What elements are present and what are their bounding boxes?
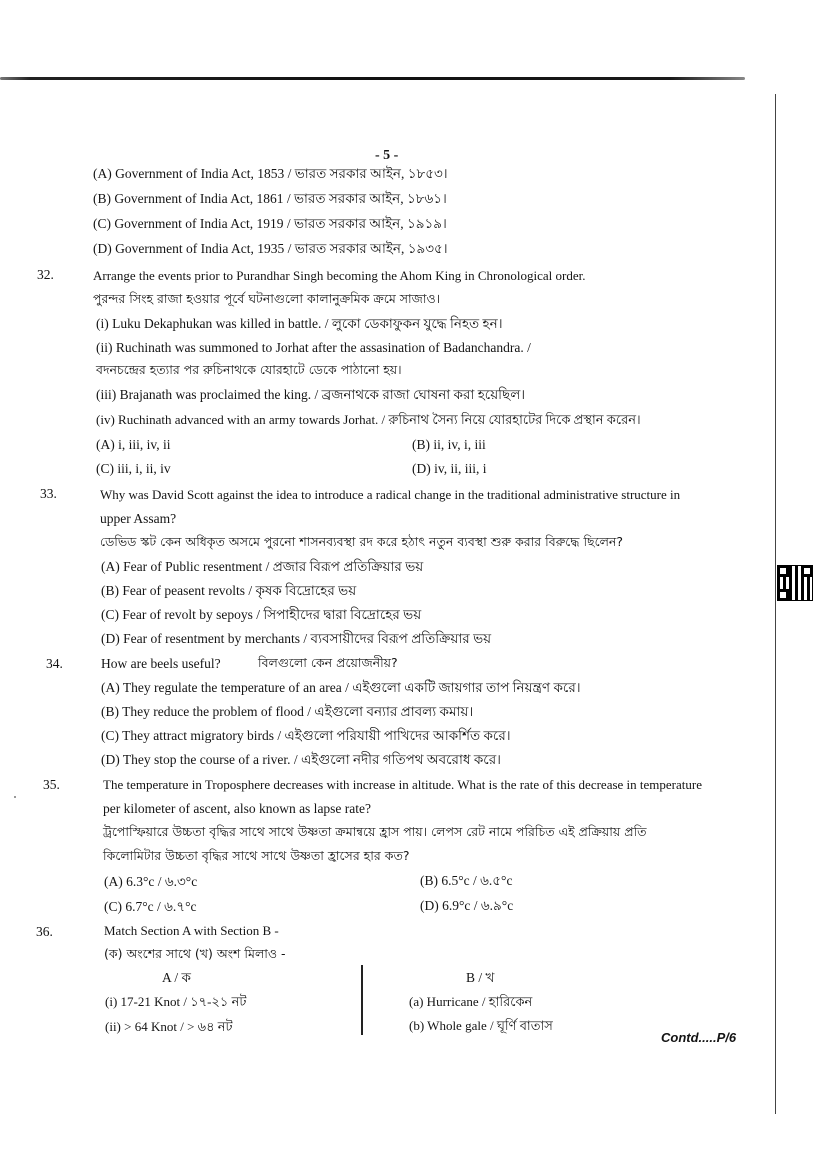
q31-option-d: (D) Government of India Act, 1935 / ভারত… [93,241,448,257]
q33-option-c: (C) Fear of revolt by sepoys / সিপাহীদের… [101,607,421,623]
q34-option-c: (C) They attract migratory birds / এইগুল… [101,728,511,744]
q35-option-d: (D) 6.9°c / ৬.৯°c [420,898,513,914]
q36-question-bn: (ক) অংশের সাথে (খ) অংশ মিলাও - [104,946,286,962]
q35-question-en-line2: per kilometer of ascent, also known as l… [103,801,371,817]
q32-question-bn: পুরন্দর সিংহ রাজা হওয়ার পূর্বে ঘটনাগুলো… [93,291,440,307]
q35-option-b: (B) 6.5°c / ৬.৫°c [420,873,512,889]
q32-event-iv: (iv) Ruchinath advanced with an army tow… [96,412,641,428]
q33-option-b: (B) Fear of peasent revolts / কৃষক বিদ্র… [101,583,356,599]
q36-col-b-header: B / খ [466,970,494,986]
q33-option-a: (A) Fear of Public resentment / প্রজার ব… [101,559,423,575]
q35-question-bn-line1: ট্রপোস্ফিয়ারে উচ্চতা বৃদ্ধির সাথে সাথে … [103,824,647,840]
q36-question-en: Match Section A with Section B - [104,923,279,939]
q32-event-ii: (ii) Ruchinath was summoned to Jorhat af… [96,340,531,356]
q36-col-b-item-a: (a) Hurricane / হারিকেন [409,994,532,1010]
q32-option-c: (C) iii, i, ii, iv [96,461,171,477]
q34-option-a: (A) They regulate the temperature of an … [101,680,581,696]
q32-event-i: (i) Luku Dekaphukan was killed in battle… [96,316,503,332]
q32-question-en: Arrange the events prior to Purandhar Si… [93,268,585,284]
q32-event-ii-bn: বদনচন্দ্রের হত্যার পর রুচিনাথকে যোরহাটে … [96,362,402,378]
q34-question-bn: বিলগুলো কেন প্রয়োজনীয়? [258,655,398,671]
q34-question-en: How are beels useful? [101,656,221,672]
q36-col-b-item-b: (b) Whole gale / ঘূর্ণি বাতাস [409,1018,553,1034]
q34-option-b: (B) They reduce the problem of flood / এ… [101,704,473,720]
q32-option-b: (B) ii, iv, i, iii [412,437,486,453]
match-column-divider [361,965,363,1035]
q34-number: 34. [46,656,63,672]
q32-number: 32. [37,267,54,283]
q33-question-bn: ডেভিড স্কট কেন অধিকৃত অসমে পুরনো শাসনব্য… [100,534,623,550]
q35-option-c: (C) 6.7°c / ৬.৭°c [104,899,196,915]
q36-number: 36. [36,924,53,940]
continued-note: Contd.....P/6 [661,1030,736,1045]
q36-col-a-item-i: (i) 17-21 Knot / ১৭-২১ নট [105,994,246,1010]
q31-option-a: (A) Government of India Act, 1853 / ভারত… [93,166,448,182]
right-margin-rule [775,94,776,1114]
q36-col-a-item-ii: (ii) > 64 Knot / > ৬৪ নট [105,1019,233,1035]
q31-option-b: (B) Government of India Act, 1861 / ভারত… [93,191,447,207]
q35-number: 35. [43,777,60,793]
scan-speck [14,796,16,798]
q33-question-en-line1: Why was David Scott against the idea to … [100,487,680,503]
q33-question-en-line2: upper Assam? [100,511,176,527]
q32-event-iii: (iii) Brajanath was proclaimed the king.… [96,387,525,403]
page-number: - 5 - [375,148,398,164]
top-border-rule [0,77,745,80]
q33-number: 33. [40,486,57,502]
q33-option-d: (D) Fear of resentment by merchants / ব্… [101,631,491,647]
q35-question-bn-line2: কিলোমিটার উচ্চতা বৃদ্ধির সাথে সাথে উষ্ণত… [103,848,409,864]
q32-option-a: (A) i, iii, iv, ii [96,437,171,453]
q34-option-d: (D) They stop the course of a river. / এ… [101,752,501,768]
q35-option-a: (A) 6.3°c / ৬.৩°c [104,874,197,890]
q32-option-d: (D) iv, ii, iii, i [412,461,487,477]
q35-question-en-line1: The temperature in Troposphere decreases… [103,777,702,793]
q36-col-a-header: A / ক [162,970,191,986]
q31-option-c: (C) Government of India Act, 1919 / ভারত… [93,216,447,232]
qr-code [777,565,813,601]
